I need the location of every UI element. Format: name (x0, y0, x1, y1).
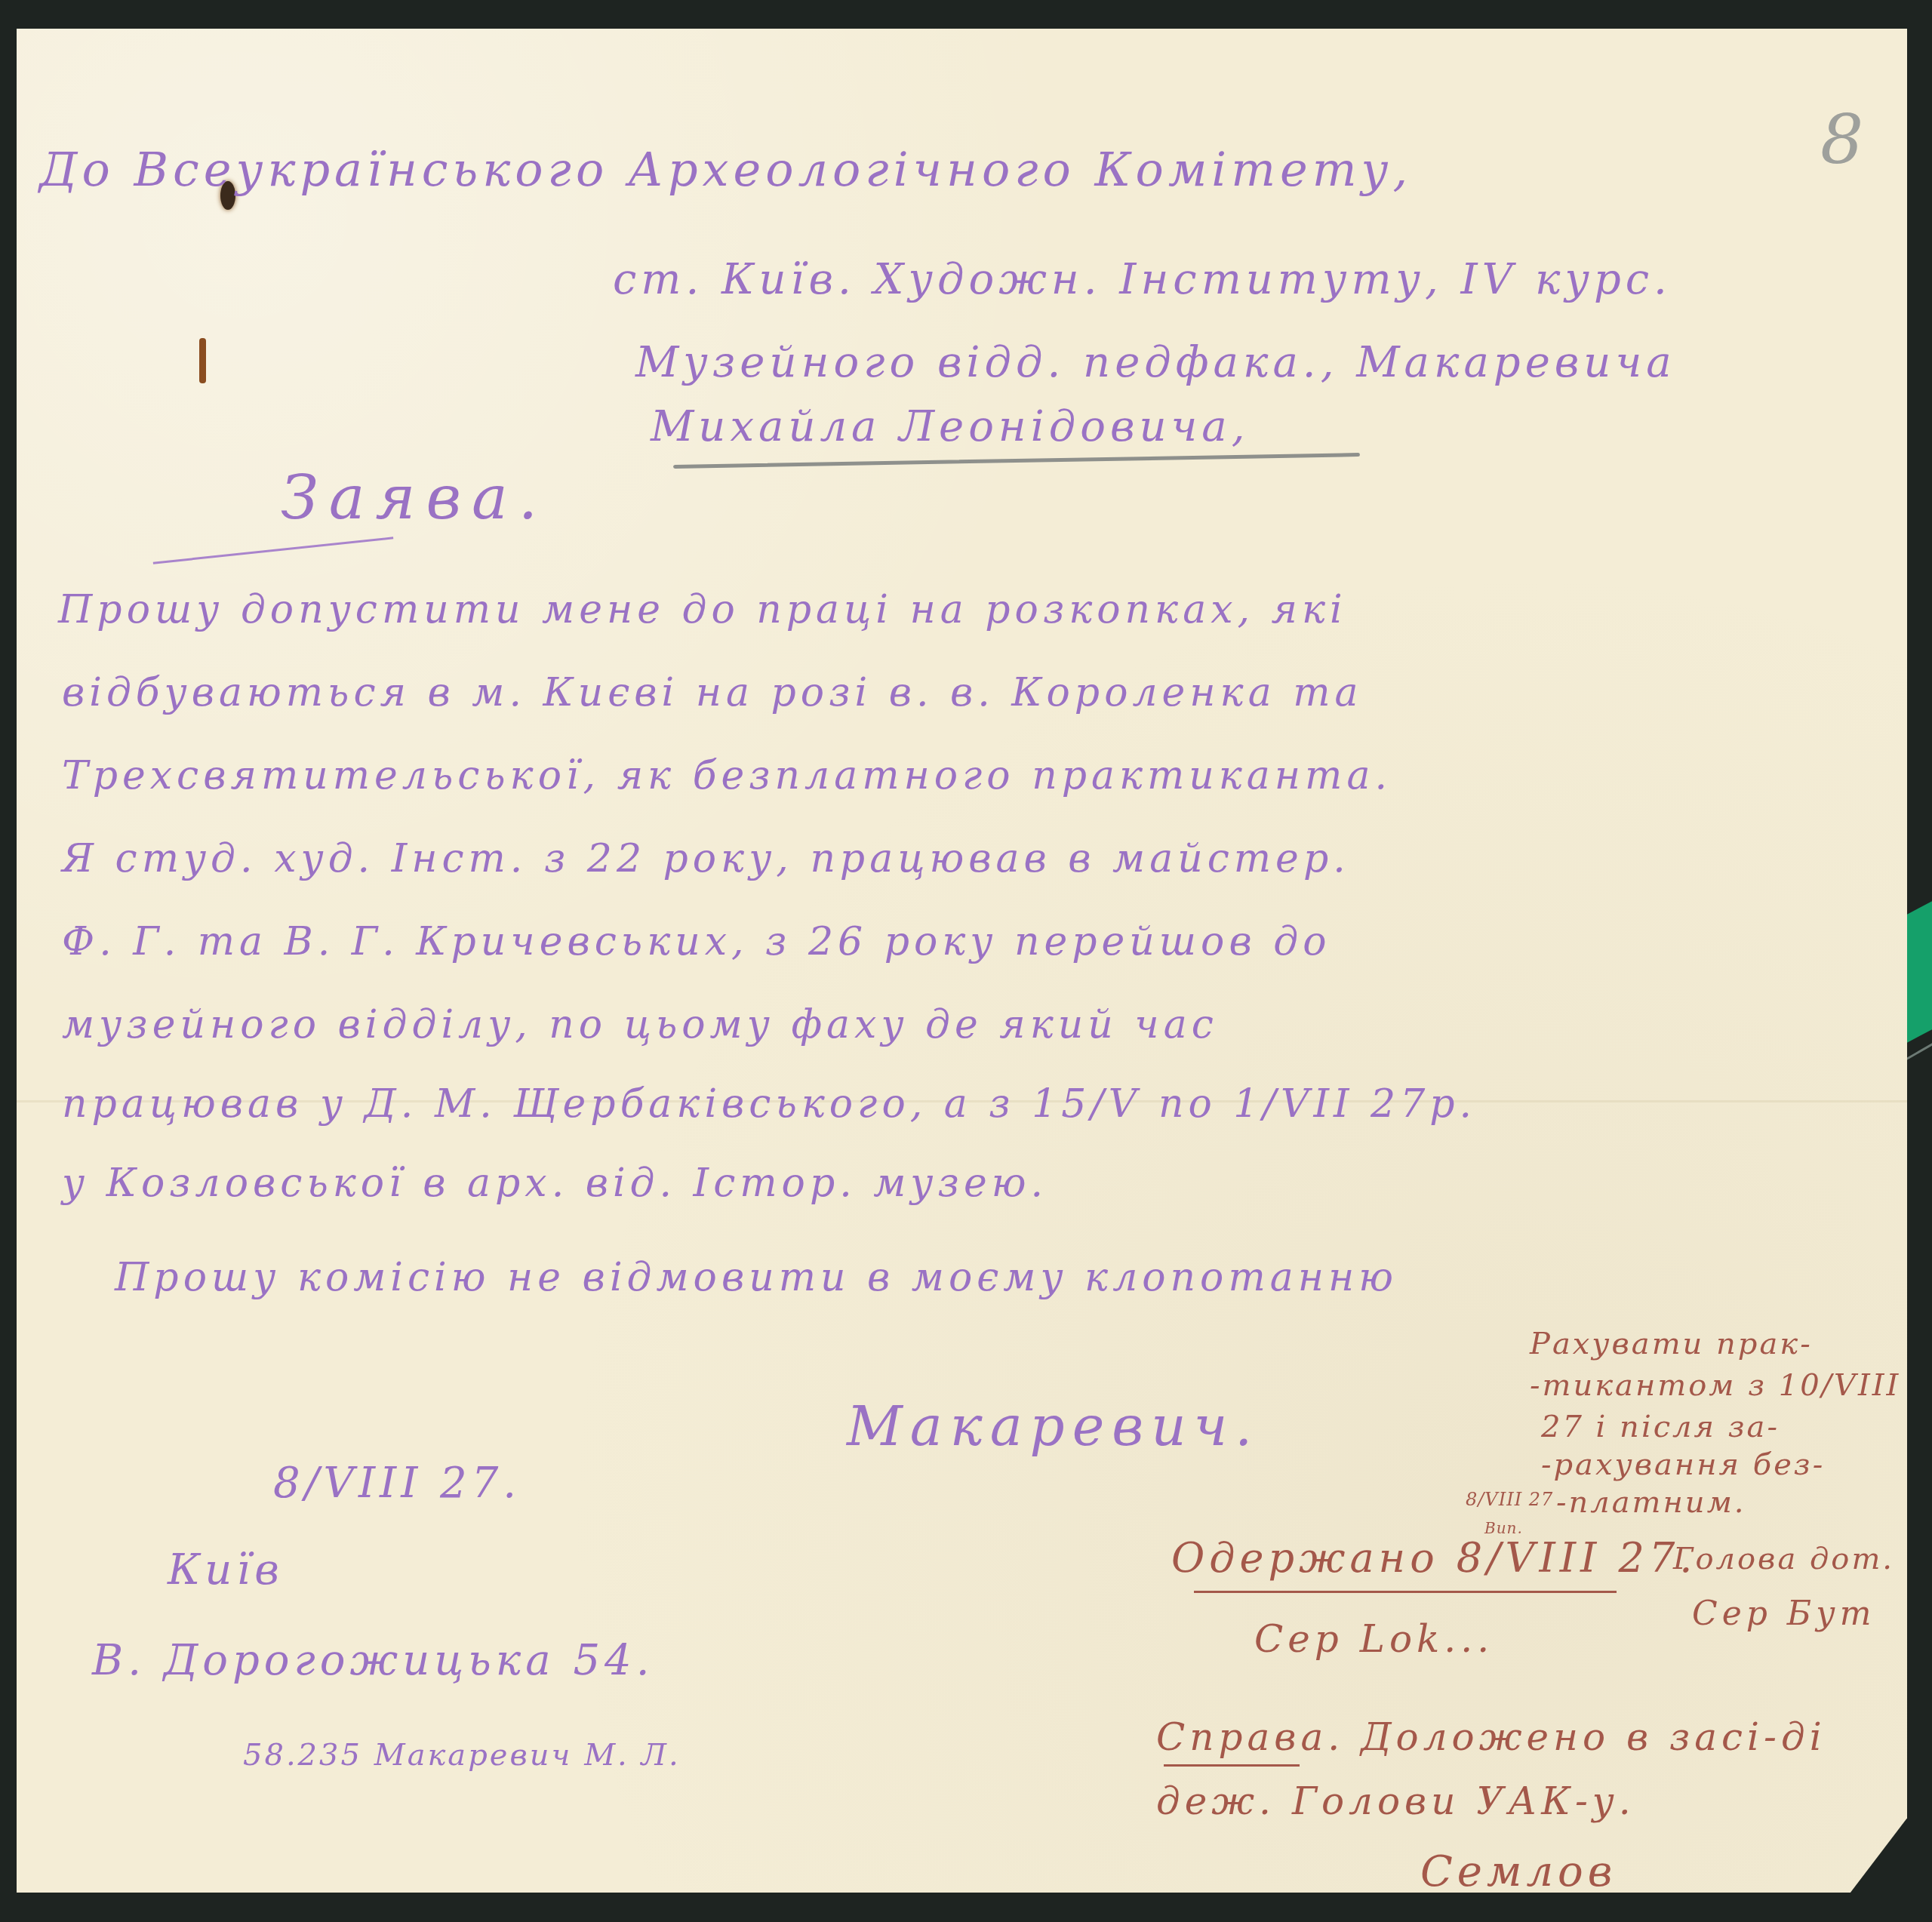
body-line-7: працював у Д. М. Щербаківського, а з 15/… (62, 1081, 1476, 1127)
rust-stain (199, 338, 206, 383)
addressee-line-3: Музейного відд. педфака., Макаревича (635, 338, 1676, 387)
resolution-line-1: Рахувати прак- (1530, 1327, 1813, 1361)
page-number: 8 (1820, 100, 1863, 180)
chairman-note: Голова дот. (1673, 1542, 1894, 1576)
pencil-underline (673, 453, 1360, 469)
body-line-5: Ф. Г. та В. Г. Кричевських, з 26 року пе… (62, 919, 1331, 964)
resolution-line-3: 27 і після за- (1541, 1410, 1780, 1444)
body-line-8: у Козловської в арх. від. Істор. музею. (62, 1161, 1048, 1206)
chairman-signature: Сер Бут (1692, 1594, 1875, 1633)
title-flourish (153, 537, 394, 564)
addressee-line-2: ст. Київ. Художн. Інституту, IV курс. (613, 255, 1672, 304)
resolution-line-2: -тикантом з 10/VIII (1530, 1368, 1900, 1403)
body-line-4: Я студ. худ. Інст. з 22 року, працював в… (62, 836, 1350, 881)
body-line-3: Трехсвятительської, як безплатного практ… (62, 753, 1392, 798)
final-signature: Семлов (1420, 1847, 1617, 1896)
document-title: Заява. (281, 463, 548, 533)
phone-and-name: 58.235 Макаревич М. Л. (243, 1738, 681, 1773)
secretary-note-line-2: деж. Голови УАК-у. (1156, 1779, 1635, 1823)
city: Київ (168, 1545, 284, 1594)
body-line-6: музейного відділу, по цьому фаху де який… (62, 1002, 1218, 1047)
received-underline (1194, 1591, 1617, 1593)
applicant-signature: Макаревич. (847, 1395, 1260, 1458)
closing-request: Прошу комісію не відмовити в моєму клопо… (115, 1255, 1398, 1300)
application-date: 8/VIII 27. (273, 1459, 521, 1508)
addressee-line-4: Михайла Леонідовича, (651, 402, 1250, 451)
received-signature: Сер Lok... (1254, 1617, 1494, 1661)
body-line-1: Прошу допустити мене до праці на розкопк… (58, 587, 1347, 632)
document-page: 8 До Всеукраїнського Археологічного Комі… (17, 29, 1907, 1893)
addressee-line-1: До Всеукраїнського Археологічного Коміте… (39, 142, 1412, 197)
secretary-underline (1164, 1764, 1300, 1767)
body-line-2: відбуваються в м. Києві на розі в. в. Ко… (62, 670, 1362, 715)
secretary-note-line-1: Справа. Доложено в засі-ді (1156, 1715, 1826, 1759)
resolution-date: 8/VIII 27 (1466, 1489, 1553, 1510)
resolution-line-5: -платним. (1556, 1485, 1746, 1520)
resolution-line-4: -рахування без- (1541, 1447, 1825, 1482)
received-note: Одержано 8/VIII 27. (1171, 1534, 1697, 1582)
address: В. Дорогожицька 54. (92, 1636, 654, 1685)
